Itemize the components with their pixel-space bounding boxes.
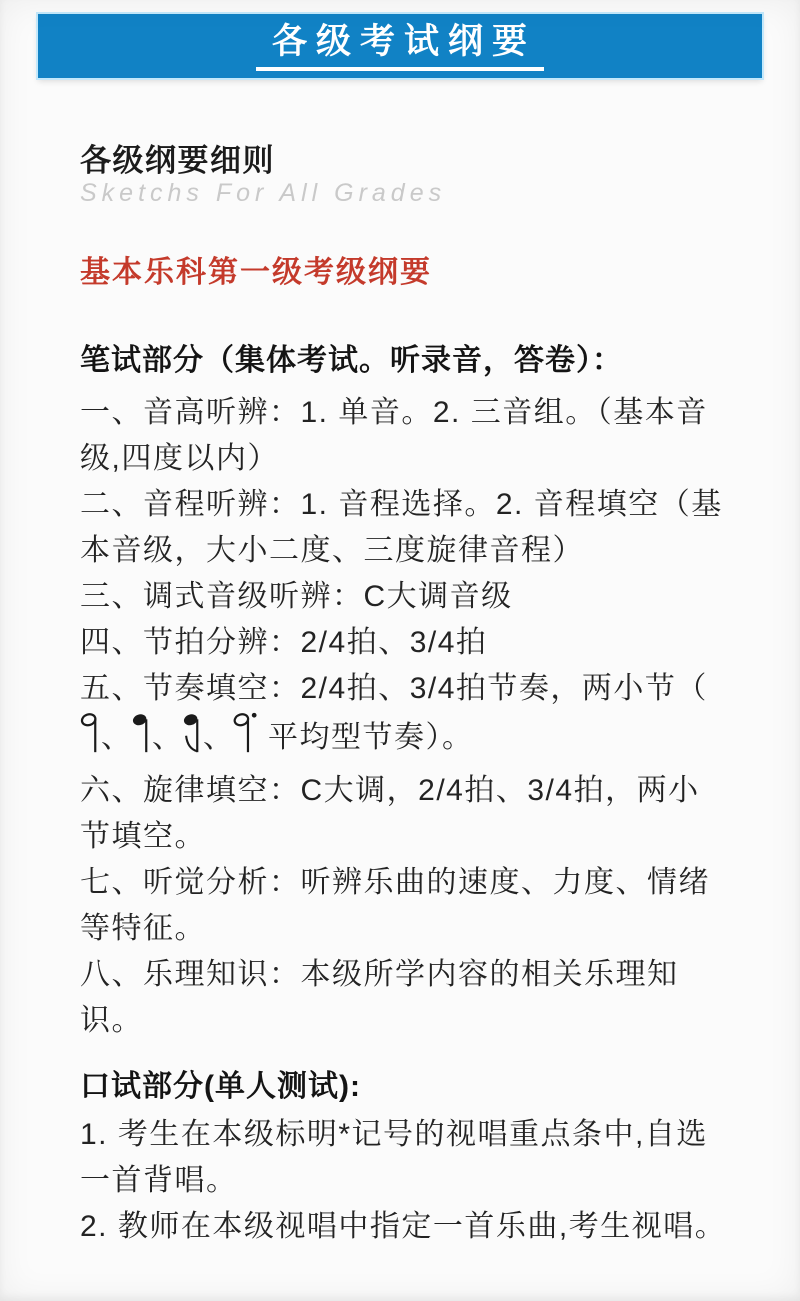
document-page: 各级考试纲要 各级纲要细则 Sketchs For All Grades 基本乐… — [0, 0, 800, 1301]
dotted-half-note-icon — [233, 712, 258, 768]
rhythm-item-suffix: 平均型节奏）。 — [268, 721, 474, 754]
note-separator: 、 — [203, 721, 233, 754]
content: 各级纲要细则 Sketchs For All Grades 基本乐科第一级考级纲… — [80, 143, 764, 1250]
written-item-theory: 八、乐理知识：本级所学内容的相关乐理知 识。 — [80, 952, 764, 1044]
oral-item-1: 1. 考生在本级标明*记号的视唱重点条中,自选 一首背唱。 — [80, 1112, 764, 1204]
written-item-melody: 六、旋律填空：C大调，2/4拍、3/4拍，两小 节填空。 — [80, 768, 764, 860]
eighth-note-icon — [182, 712, 203, 768]
written-test-heading: 笔试部分（集体考试。听录音，答卷）： — [80, 340, 764, 382]
intro-section: 各级纲要细则 Sketchs For All Grades — [80, 143, 764, 209]
rhythm-item-prefix: 五、节奏填空：2/4拍、3/4拍节奏，两小节（ — [80, 672, 708, 705]
oral-test-heading: 口试部分(单人测试): — [80, 1066, 764, 1108]
quarter-note-icon — [131, 712, 152, 768]
section-subtitle-english: Sketchs For All Grades — [80, 178, 764, 209]
written-item-rhythm: 五、节奏填空：2/4拍、3/4拍节奏，两小节（、、、平均型节奏）。 — [80, 666, 764, 768]
written-item-meter: 四、节拍分辨：2/4拍、3/4拍 — [80, 620, 764, 666]
half-note-icon — [80, 712, 101, 768]
note-separator: 、 — [101, 721, 131, 754]
written-item-interval: 二、音程听辨：1. 音程选择。2. 音程填空（基 本音级，大小二度、三度旋律音程… — [80, 482, 764, 574]
written-item-listening: 七、听觉分析：听辨乐曲的速度、力度、情绪 等特征。 — [80, 860, 764, 952]
section-title: 各级纲要细则 — [80, 143, 764, 178]
grade-heading: 基本乐科第一级考级纲要 — [80, 255, 764, 291]
banner: 各级考试纲要 — [38, 14, 762, 78]
page-title: 各级考试纲要 — [256, 22, 544, 71]
written-item-scale: 三、调式音级听辨：C大调音级 — [80, 574, 764, 620]
note-separator: 、 — [152, 721, 182, 754]
written-item-pitch: 一、音高听辨：1. 单音。2. 三音组。（基本音 级,四度以内） — [80, 390, 764, 482]
oral-item-2: 2. 教师在本级视唱中指定一首乐曲,考生视唱。 — [80, 1204, 764, 1250]
